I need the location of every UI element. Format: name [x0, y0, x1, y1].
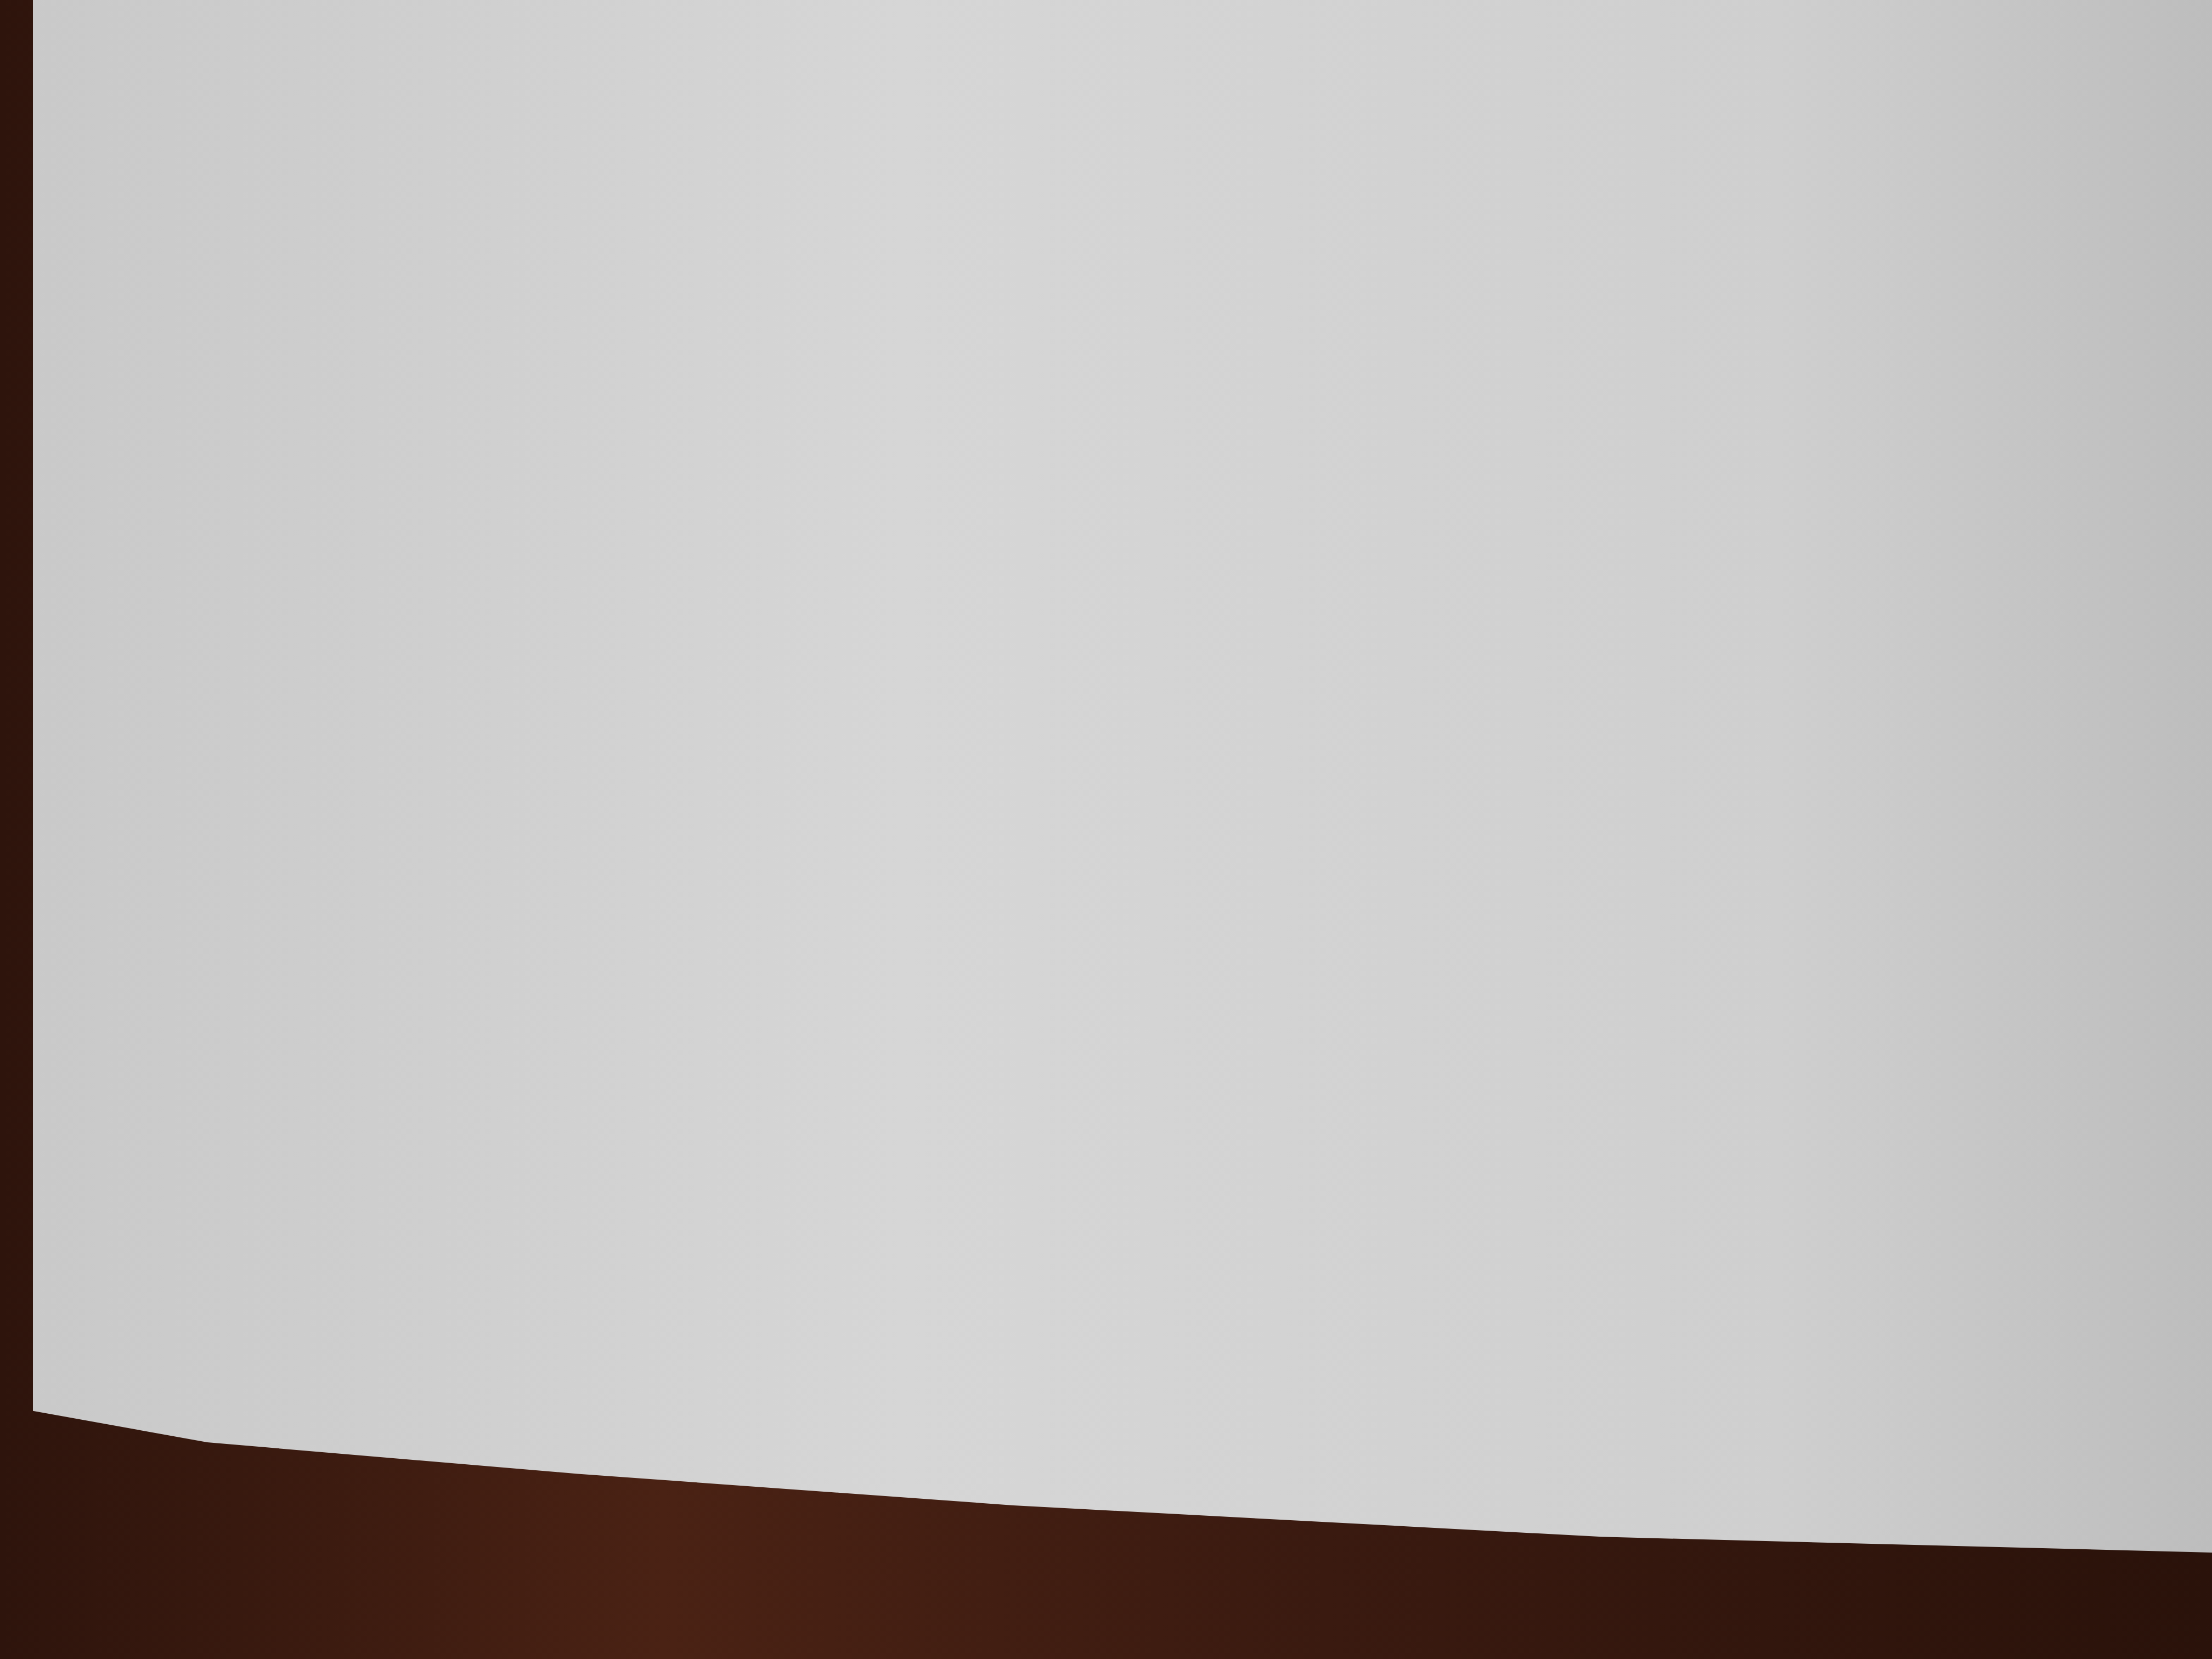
contract-paper	[33, 0, 2212, 1553]
contract-page: LANDGO Homes in the House CỘNG HOÀ XÃ HỘ…	[2172, 55, 2212, 1569]
